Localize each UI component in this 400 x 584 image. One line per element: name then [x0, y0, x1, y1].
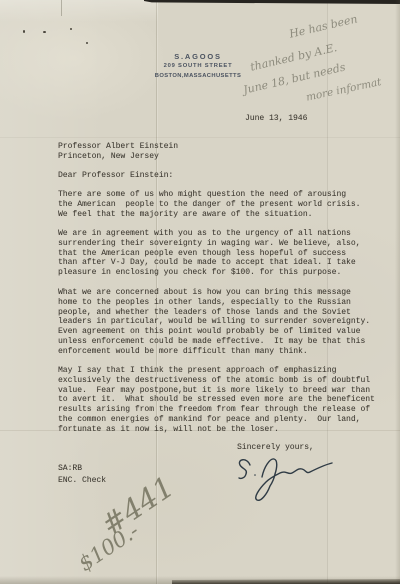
body-paragraph-2: We are in agreement with you as to the u…: [58, 229, 360, 278]
letter-date: June 13, 1946: [245, 114, 307, 124]
paper-right-shadow: [395, 0, 400, 584]
letterhead-name: S.AGOOS: [140, 52, 256, 61]
scan-speck: [86, 42, 88, 44]
letterhead-street: 209 SOUTH STREET: [140, 61, 256, 71]
top-edge-fold-mark: [61, 0, 62, 16]
scan-speck: [23, 30, 25, 33]
signature-scrawl: [234, 452, 339, 507]
enclosure-note: ENC. Check: [58, 476, 106, 486]
scan-dark-edge-top: [144, 0, 400, 4]
typist-initials: SA:RB: [58, 464, 82, 474]
letterhead-city: BOSTON,MASSACHUSETTS: [140, 71, 256, 81]
scanned-letter-page: S.AGOOS 209 SOUTH STREET BOSTON,MASSACHU…: [0, 0, 400, 584]
scan-speck: [43, 31, 46, 33]
salutation: Dear Professor Einstein:: [58, 171, 173, 181]
horizontal-fold-crease-upper: [0, 137, 400, 138]
scan-speck: [70, 28, 72, 30]
body-paragraph-3: What we are concerned about is how you c…: [58, 288, 370, 356]
letterhead: S.AGOOS 209 SOUTH STREET BOSTON,MASSACHU…: [140, 52, 256, 81]
scan-dark-edge-bottom: [172, 579, 400, 584]
body-paragraph-4: May I say that I think the present appro…: [58, 366, 375, 434]
body-paragraph-1: There are some of us who might question …: [58, 190, 360, 219]
recipient-address: Professor Albert Einstein Princeton, New…: [58, 142, 178, 162]
